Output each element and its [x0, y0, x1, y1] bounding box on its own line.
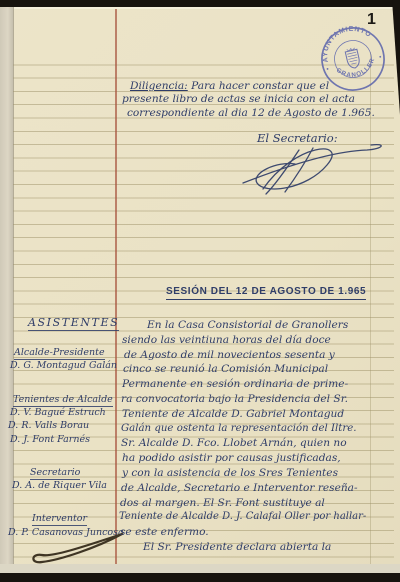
attendee-role: Alcalde-Presidente: [14, 347, 105, 358]
attendee-name: D. V. Bagué Estruch: [10, 407, 106, 418]
body-line: El Sr. Presidente declara abierta la: [143, 541, 331, 553]
scanned-minutes-page: 1 AYUNTAMIENTO GRANOLLERS Diligencia: Pa…: [0, 0, 400, 582]
right-margin-line: [370, 52, 371, 568]
body-line: de Agosto de mil novecientos sesenta y: [124, 349, 335, 361]
body-line: se este enfermo.: [120, 526, 209, 538]
body-line: ra convocatoria bajo la Presidencia del …: [121, 393, 348, 405]
attendee-name: D. R. Valls Borau: [8, 420, 89, 431]
attendee-name: D. A. de Riquer Vila: [12, 480, 107, 491]
session-heading: SESIÓN DEL 12 DE AGOSTO DE 1.965: [166, 286, 366, 300]
attendees-title: ASISTENTES: [28, 317, 119, 331]
body-line: Permanente en sesión ordinaria de prime-: [122, 378, 348, 390]
diligencia-line-1-text: Para hacer constar que el: [188, 80, 329, 92]
stamp-shield-icon: [345, 47, 361, 69]
body-line: dos al margen. El Sr. Font sustituye al: [120, 497, 325, 509]
body-line: En la Casa Consistorial de Granollers: [147, 319, 348, 331]
margin-line: [115, 9, 117, 569]
diligencia-line-2: presente libro de actas se inicia con el…: [122, 93, 355, 105]
body-line: siendo las veintiuna horas del día doce: [122, 334, 331, 346]
attendee-name: D. G. Montagud Galán: [10, 360, 117, 371]
body-line: ha podido asistir por causas justificada…: [122, 452, 341, 464]
attendee-name: D. J. Font Farnés: [10, 434, 90, 445]
body-line: de Alcalde, Secretario e Interventor res…: [121, 482, 358, 494]
diligencia-label: Diligencia:: [130, 80, 188, 92]
diligencia-line-3: correspondiente al dia 12 de Agosto de 1…: [127, 107, 375, 119]
attendee-role: Secretario: [30, 467, 80, 478]
body-line: Teniente de Alcalde D. Gabriel Montagud: [122, 408, 344, 420]
attendee-role: Interventor: [32, 513, 87, 524]
body-line: Sr. Alcalde D. Fco. Llobet Arnán, quien …: [121, 437, 347, 449]
body-line: Galán que ostenta la representación del …: [121, 423, 356, 435]
scan-edge-top: [0, 0, 400, 7]
scan-edge-bottom: [0, 573, 400, 582]
body-line: cinco se reunió la Comisión Municipal: [123, 363, 328, 375]
body-line: y con la asistencia de los Sres Teniente…: [122, 467, 338, 479]
attendee-role: Tenientes de Alcalde: [13, 394, 113, 405]
diligencia-line-1: Diligencia: Para hacer constar que el: [130, 80, 329, 92]
body-line: Teniente de Alcalde D. J. Calafal Oller …: [119, 511, 366, 523]
secretary-signature: [235, 137, 395, 201]
